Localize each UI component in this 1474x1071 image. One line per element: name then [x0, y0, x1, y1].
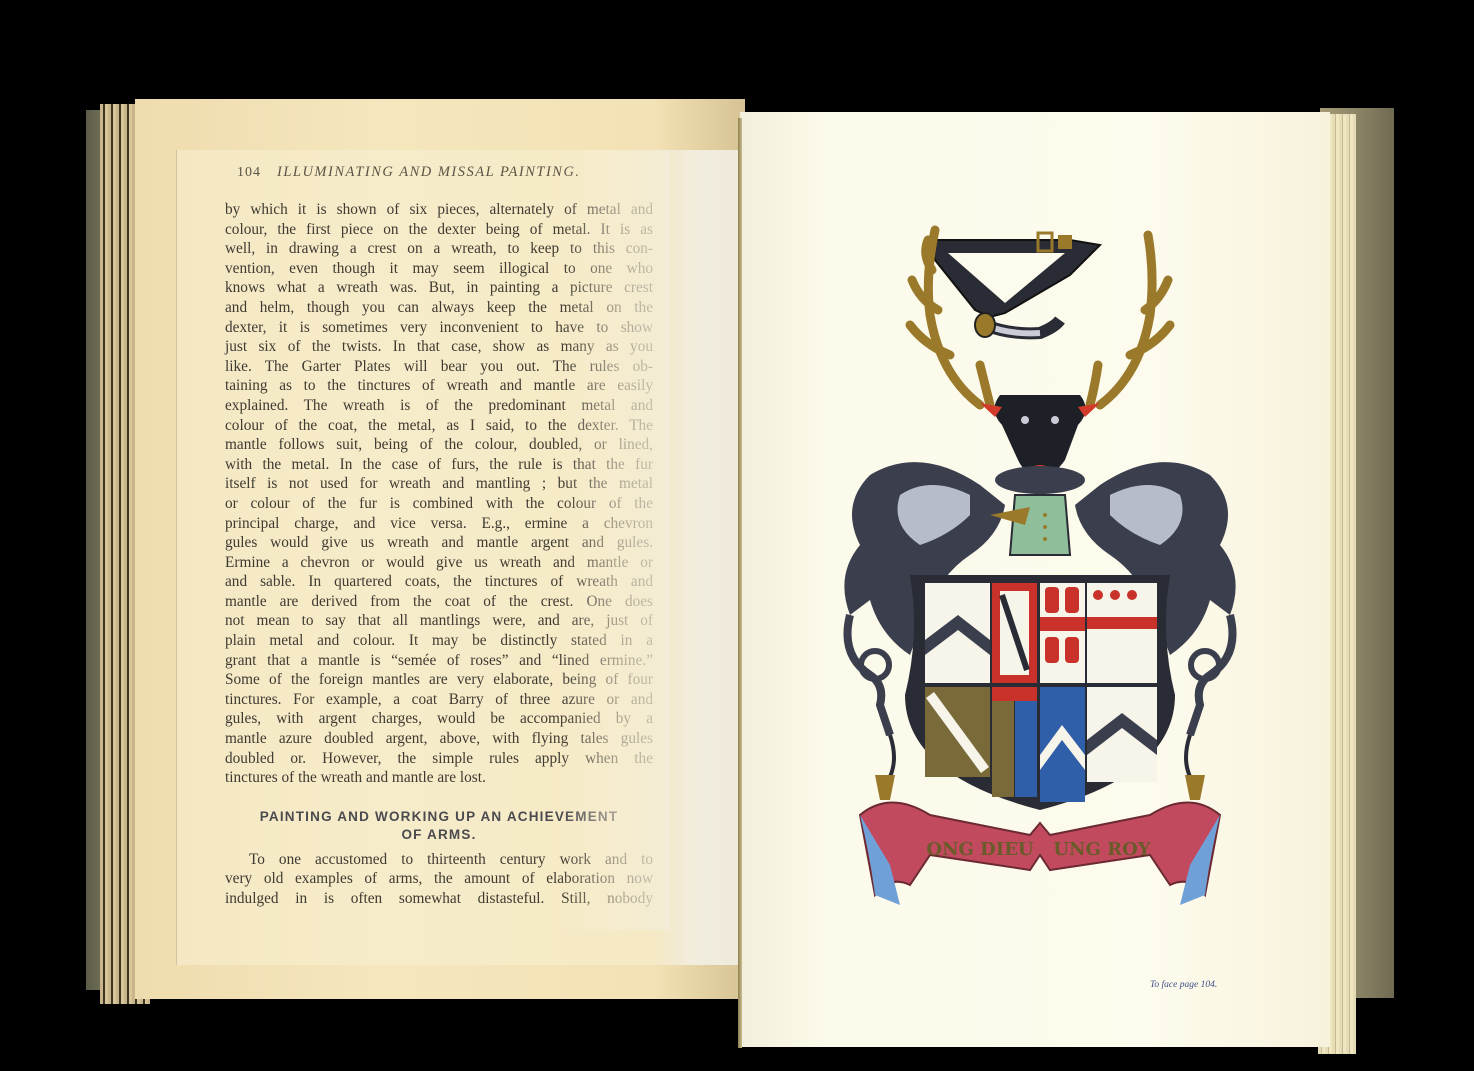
text-line: plain metal and colour. It may be distin… [225, 631, 653, 651]
text-line: mantle are derived from the coat of the … [225, 592, 653, 612]
text-line: very old examples of arms, the amount of… [225, 869, 653, 889]
text-line: gules, with argent charges, would be acc… [225, 709, 653, 729]
tissue-guard-edge [655, 150, 747, 965]
text-line: and sable. In quartered coats, the tinct… [225, 572, 653, 592]
text-line: and helm, though you can always keep the… [225, 298, 653, 318]
motto-right: UNG ROY [1053, 839, 1151, 860]
page-number: 104 [237, 165, 261, 181]
text-line: Some of the foreign mantles are very ela… [225, 670, 653, 690]
quartered-shield [905, 575, 1175, 810]
running-head-title: ILLUMINATING AND MISSAL PAINTING. [277, 164, 581, 181]
text-line: explained. The wreath is of the predomin… [225, 396, 653, 416]
left-page-text: 104 ILLUMINATING AND MISSAL PAINTING. by… [225, 164, 653, 909]
text-line: well, in drawing a crest on a wreath, to… [225, 239, 653, 259]
text-line: doubled or. However, the simple rules ap… [225, 749, 653, 769]
text-line: To one accustomed to thirteenth century … [225, 850, 653, 870]
text-line: mantle follows suit, being of the colour… [225, 435, 653, 455]
section-paragraph: To one accustomed to thirteenth century … [225, 850, 653, 909]
motto-left: ONG DIEU [926, 839, 1034, 860]
text-line: with the metal. In the case of furs, the… [225, 455, 653, 475]
running-head: 104 ILLUMINATING AND MISSAL PAINTING. [237, 164, 653, 186]
text-line: mantle azure doubled argent, above, with… [225, 729, 653, 749]
coat-of-arms-plate: ONG DIEU UNG ROY [830, 215, 1250, 915]
section-heading: PAINTING AND WORKING UP AN ACHIEVEMENT O… [225, 808, 653, 844]
text-line: knows what a wreath was. But, in paintin… [225, 278, 653, 298]
motto-scroll: ONG DIEU UNG ROY [860, 803, 1220, 906]
stag-head-icon [980, 395, 1100, 477]
text-line: not mean to say that all mantlings were,… [225, 611, 653, 631]
text-line: colour, the first piece on the dexter be… [225, 220, 653, 240]
text-line: vention, even though it may seem illogic… [225, 259, 653, 279]
text-line: tinctures of the wreath and mantle are l… [225, 768, 653, 788]
hunting-horn-icon [975, 313, 1060, 337]
text-line: gules would give us wreath and mantle ar… [225, 533, 653, 553]
strap-icon [930, 233, 1100, 317]
helm-icon [990, 466, 1085, 555]
text-line: indulged in is often somewhat distastefu… [225, 889, 653, 909]
text-line: by which it is shown of six pieces, alte… [225, 200, 653, 220]
text-line: tinctures. For example, a coat Barry of … [225, 690, 653, 710]
text-line: Ermine a chevron or would give us wreath… [225, 553, 653, 573]
text-line: colour of the coat, the metal, as I said… [225, 416, 653, 436]
section-heading-line-1: PAINTING AND WORKING UP AN ACHIEVEMENT [225, 808, 653, 826]
text-line: grant that a mantle is “semée of roses” … [225, 651, 653, 671]
section-heading-line-2: OF ARMS. [225, 826, 653, 844]
plate-caption: To face page 104. [1150, 980, 1217, 990]
text-line: like. The Garter Plates will bear you ou… [225, 357, 653, 377]
text-line: just six of the twists. In that case, sh… [225, 337, 653, 357]
text-line: itself is not used for wreath and mantli… [225, 474, 653, 494]
text-line: or colour of the fur is combined with th… [225, 494, 653, 514]
text-line: principal charge, and vice versa. E.g., … [225, 514, 653, 534]
text-line: dexter, it is sometimes very inconvenien… [225, 318, 653, 338]
text-line: taining as to the tinctures of wreath an… [225, 376, 653, 396]
body-paragraph: by which it is shown of six pieces, alte… [225, 200, 653, 788]
gutter [738, 118, 742, 1048]
